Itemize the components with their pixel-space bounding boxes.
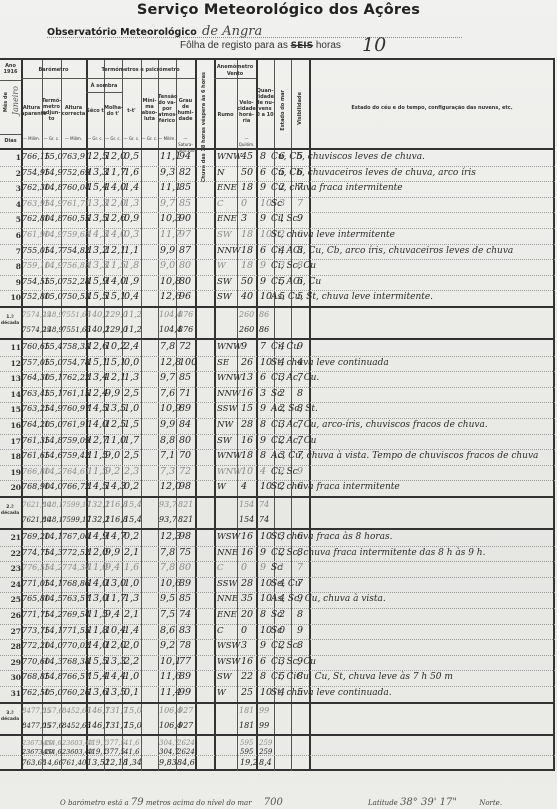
sheet-hour-line: Fôlha de registo para as SEIS horas (180, 40, 341, 51)
day-number: 13 (7, 374, 21, 383)
decade-termometro-adjunto: 148,1 (43, 514, 63, 526)
wind-direction: WNW (217, 466, 242, 478)
altura-correcta: 750,53 (62, 291, 90, 303)
tensao-vapor: 10,1 (160, 656, 181, 668)
wind-direction: SE (217, 357, 229, 369)
observatory-line: Observatório Meteorológico de Angra (47, 24, 462, 38)
sky-weather-remark: Ci, Sc, chuva fraca intermitente das 8 h… (271, 547, 485, 559)
cloud-amount: 9 (260, 276, 266, 288)
wind-label: Vento (214, 71, 256, 77)
tensao-vapor: 7,8 (160, 341, 175, 353)
decade-diff: 15,0 (124, 705, 142, 717)
grau-humidade: 77 (179, 656, 191, 668)
decade-nuvens: 99 (259, 720, 269, 732)
visibility: 9 (297, 625, 303, 637)
wind-speed: 4 (241, 481, 247, 493)
wind-speed: 25 (241, 687, 253, 699)
day-number: 19 (7, 468, 21, 477)
day-number: 20 (7, 483, 21, 492)
termometro-adjunto: 14,9 (44, 260, 63, 272)
altura-correcta: 760,97 (62, 403, 90, 415)
col-velocidade: Velo-cidade horá-ria (237, 100, 256, 124)
temp-diff: 0,3 (124, 229, 139, 241)
tensao-vapor: 7,1 (160, 450, 175, 462)
termometro-adjunto: 15,0 (44, 276, 63, 288)
cloud-amount: 8 (260, 151, 266, 163)
sky-weather-remark: Ci, Sc, Cu (271, 260, 316, 272)
shade-label: À sombra (86, 83, 122, 89)
wind-direction: WNW (217, 151, 242, 163)
decade-grau: 876 (178, 309, 193, 321)
wind-speed: 16 (241, 435, 253, 447)
wind-speed: 35 (241, 593, 253, 605)
termometro-adjunto: 15,0 (44, 419, 63, 431)
cloud-amount: 6 (260, 245, 266, 257)
col-termometro-adjunto: Termó-metro adjun-to (42, 98, 61, 122)
tensao-vapor: 9,7 (160, 372, 175, 384)
temp-molhado: 12,5 (105, 419, 126, 431)
wind-direction: W (217, 260, 226, 272)
temp-molhado: 9,9 (105, 388, 120, 400)
wind-speed: 13 (241, 372, 253, 384)
wind-speed: 18 (241, 450, 253, 462)
temp-diff: 1,1 (124, 245, 139, 257)
grau-humidade: 98 (179, 481, 191, 493)
cloud-amount: 9 (260, 260, 266, 272)
temp-molhado: 13,5 (105, 687, 126, 699)
sky-weather-remark: Cu, Cb, chuviscos leves de chuva. (271, 151, 425, 163)
sky-weather-remark: Ci, ACi, Cu (271, 276, 321, 288)
sky-weather-remark: Sc (271, 562, 282, 574)
anemometer-label: Anemómetro (214, 64, 256, 70)
grau-humidade: 80 (179, 435, 191, 447)
tensao-vapor: 11,1 (160, 151, 181, 163)
altura-correcta: 768,86 (62, 578, 90, 590)
sky-weather-remark: Sc (271, 625, 282, 637)
day-number: 27 (7, 627, 21, 636)
header-divider (214, 78, 256, 79)
altura-correcta: 771,55 (62, 625, 90, 637)
decade-diff: 11,2 (124, 309, 142, 321)
decade-velocidade: 181 (239, 720, 254, 732)
day-number: 24 (7, 580, 21, 589)
wind-speed: 15 (241, 403, 253, 415)
column-divider (195, 60, 197, 771)
column-divider (141, 60, 142, 771)
col-grau: Grau de humi-dade (176, 98, 195, 122)
header-divider (0, 80, 21, 81)
wind-speed: 28 (241, 419, 253, 431)
termometro-adjunto: 14,9 (44, 403, 63, 415)
sky-weather-remark: St, chuva leve continuada (271, 357, 389, 369)
decade-nuvens: 74 (259, 514, 269, 526)
termometro-adjunto: 14,9 (44, 229, 63, 241)
altura-correcta: 766,72 (62, 481, 90, 493)
temp-molhado: 9,9 (105, 547, 120, 559)
temp-molhado: 9,4 (105, 562, 120, 574)
day-number: 9 (7, 278, 21, 287)
temp-molhado: 11,5 (105, 260, 126, 272)
temp-diff: 0,5 (124, 151, 139, 163)
sky-weather-remark: St, chuva fraca intermitente (271, 481, 400, 493)
grau-humidade: 98 (179, 531, 191, 543)
tensao-vapor: 12,8 (160, 357, 181, 369)
temp-diff: 2,1 (124, 609, 139, 621)
sky-weather-remark: St, chuva leve intermitente (271, 229, 395, 241)
unit-seco: — Gr. c. (86, 136, 104, 142)
wind-direction: NW (217, 419, 233, 431)
cloud-amount: 6 (260, 167, 266, 179)
cloud-amount: 9 (260, 640, 266, 652)
altura-correcta: 756,83 (62, 260, 90, 272)
wind-speed: 18 (241, 182, 253, 194)
struck-hour: SEIS (291, 41, 313, 51)
termometro-adjunto: 14,1 (44, 531, 63, 543)
decade-rule (0, 338, 555, 340)
unit-t_diff: — Gr. c. (122, 136, 141, 142)
altura-correcta: 764,61 (62, 466, 90, 478)
mean-diff: 1,34 (124, 757, 142, 769)
altura-correcta: 766,57 (62, 671, 90, 683)
decade-rule (0, 702, 555, 704)
wind-direction: W (217, 687, 226, 699)
wind-speed: 50 (241, 276, 253, 288)
altura-correcta: 763,57 (62, 593, 90, 605)
altura-correcta: 758,33 (62, 341, 90, 353)
grau-humidade: 84 (179, 419, 191, 431)
temp-molhado: 11,7 (105, 593, 126, 605)
day-number: 3 (7, 184, 21, 193)
visibility: 9 (297, 466, 303, 478)
cloud-amount: 8 (260, 609, 266, 621)
day-number: 2 (7, 169, 21, 178)
temp-diff: 2,3 (124, 466, 139, 478)
day-number: 22 (7, 549, 21, 558)
sky-weather-remark: Ci, Sc. (271, 640, 301, 652)
altura-correcta: 763,91 (62, 151, 90, 163)
decade-velocidade: 154 (239, 499, 254, 511)
termometro-adjunto: 14,7 (44, 245, 63, 257)
decade-nuvens: 99 (259, 705, 269, 717)
decade-diff: 11,2 (124, 324, 142, 336)
temp-diff: 0,0 (124, 357, 139, 369)
grau-humidade: 89 (179, 403, 191, 415)
grau-humidade: 90 (179, 213, 191, 225)
visibility: 8 (297, 388, 303, 400)
sky-weather-remark: Ci, Ac, Cu, arco-íris, chuviscos fracos … (271, 419, 488, 431)
col-nuvens: Quan-tidade de nu-vens 0 a 10 (256, 88, 274, 118)
decade-velocidade: 181 (239, 705, 254, 717)
grau-humidade: 80 (179, 562, 191, 574)
cloud-amount: 9 (260, 562, 266, 574)
sky-weather-remark: Cu, Cb, chuvaceiros leves de chuva, arco… (271, 167, 476, 179)
temp-diff: 1,4 (124, 182, 139, 194)
temp-molhado: 12,0 (105, 640, 126, 652)
altura-correcta: 754,82 (62, 245, 90, 257)
termometro-adjunto: 15,4 (44, 341, 63, 353)
day-number: 29 (7, 658, 21, 667)
decade-tensao: 93,7 (159, 499, 177, 511)
temp-molhado: 10,4 (105, 625, 126, 637)
col-minima: Míni-ma abso-luta (141, 98, 158, 122)
mean-tensao: 9,83 (159, 757, 177, 769)
column-divider (158, 60, 159, 771)
termometro-adjunto: 14,8 (44, 435, 63, 447)
tensao-vapor: 11,7 (160, 229, 181, 241)
col-estado-ceu: Estado do céu e do tempo, configuração d… (309, 105, 555, 111)
cloud-amount: 4 (260, 466, 266, 478)
day-number: 21 (7, 533, 21, 542)
col-tensao: Tensão do va-por atmos-férico (158, 94, 176, 124)
day-number: 25 (7, 595, 21, 604)
temp-molhado: 14,0 (105, 182, 126, 194)
grau-humidade: 85 (179, 593, 191, 605)
decade-diff: 15,4 (124, 514, 142, 526)
wind-speed: 9 (241, 341, 247, 353)
cloud-amount: 8 (260, 671, 266, 683)
tensao-vapor: 9,5 (160, 593, 175, 605)
sky-weather-remark: Ci, Ac, Cu (271, 435, 316, 447)
termometro-adjunto: 14,9 (44, 198, 63, 210)
month-label: Mês de (3, 92, 9, 112)
temp-diff: 1,9 (124, 276, 139, 288)
temp-diff: 2,2 (124, 656, 139, 668)
altura-correcta: 762,22 (62, 372, 90, 384)
unit-minima: — Gr. c. (141, 136, 158, 142)
temp-diff: 1,3 (124, 593, 139, 605)
sky-weather-remark: Ci, ACi, Cu, Cb, arco íris, chuvaceiros … (271, 245, 513, 257)
altura-correcta: 772,52 (62, 547, 90, 559)
wind-speed: 0 (241, 198, 247, 210)
sky-weather-remark: As, Sc, Cu, chuva à vista. (271, 593, 386, 605)
temp-diff: 2,5 (124, 388, 139, 400)
decade-nuvens: 86 (259, 324, 269, 336)
grau-humidade: 80 (179, 260, 191, 272)
year-label: Ano 1916 (0, 63, 21, 75)
tensao-vapor: 9,9 (160, 419, 175, 431)
day-number: 5 (7, 215, 21, 224)
wind-speed: 16 (241, 656, 253, 668)
unit-altura_aparente: — Milím. (21, 136, 42, 142)
col-seco: Sêco t (86, 108, 104, 114)
cloud-amount: 3 (260, 388, 266, 400)
cloud-amount: 6 (260, 656, 266, 668)
decade-velocidade: 260 (239, 309, 254, 321)
barometer-group-label: Barómetro (21, 67, 86, 73)
termometro-adjunto: 14,2 (44, 562, 63, 574)
termometro-adjunto: 15,1 (44, 372, 63, 384)
day-number: 1 (7, 153, 21, 162)
wind-speed: 3 (241, 213, 247, 225)
grau-humidade: 78 (179, 640, 191, 652)
grau-humidade: 89 (179, 671, 191, 683)
days-label: Dias (0, 138, 21, 144)
altura-correcta: 760,04 (62, 182, 90, 194)
sky-weather-remark: Ac, Cu, chuva à vista. Tempo de chuvisco… (271, 450, 538, 462)
sky-weather-remark: Cu, chuva fraca intermitente (271, 182, 403, 194)
day-number: 14 (7, 390, 21, 399)
altura-correcta: 767,00 (62, 531, 90, 543)
thermometer-group-label: Termómetros e psicrómetro (86, 67, 195, 73)
temp-molhado: 15,1 (105, 291, 126, 303)
day-number: 6 (7, 231, 21, 240)
sky-weather-remark: Sc, Cu (271, 578, 301, 590)
mean-grau: 84,6 (177, 757, 195, 769)
sky-weather-remark: Ci, Ac, Cu. (271, 372, 319, 384)
termometro-adjunto: 14,1 (44, 625, 63, 637)
altura-correcta: 752,28 (62, 276, 90, 288)
termometro-adjunto: 14,5 (44, 593, 63, 605)
unit-velocidade: — Quilóm. (237, 136, 256, 148)
tensao-vapor: 9,9 (160, 245, 175, 257)
wind-direction: SW (217, 671, 232, 683)
decade-grau: 927 (178, 720, 193, 732)
wind-speed: 20 (241, 609, 253, 621)
day-number: 23 (7, 564, 21, 573)
temp-molhado: 9,2 (105, 466, 120, 478)
wind-direction: SW (217, 229, 232, 241)
col-t-diff: t-t' (122, 108, 141, 114)
wind-speed: 10 (241, 466, 253, 478)
register-sheet: Serviço Meteorológico dos Açôres Observa… (0, 0, 557, 809)
wind-direction: C (217, 562, 224, 574)
temp-diff: 0,9 (124, 213, 139, 225)
tensao-vapor: 12,3 (160, 531, 181, 543)
wind-direction: WSW (217, 656, 240, 668)
tensao-vapor: 7,3 (160, 466, 175, 478)
day-number: 11 (7, 343, 21, 352)
tensao-vapor: 7,8 (160, 547, 175, 559)
sky-weather-remark: Sc (271, 388, 282, 400)
temp-diff: 0,4 (124, 291, 139, 303)
wind-speed: 50 (241, 167, 253, 179)
visibility: 7 (297, 198, 303, 210)
header-divider (0, 134, 21, 135)
wind-direction: ENE (217, 609, 237, 621)
temp-diff: 0,1 (124, 687, 139, 699)
sky-weather-remark: Ci, Sc (271, 466, 298, 478)
temp-molhado: 12,1 (105, 245, 126, 257)
wind-direction: SW (217, 291, 232, 303)
wind-speed: 3 (241, 640, 247, 652)
termometro-adjunto: 14,1 (44, 578, 63, 590)
wind-direction: C (217, 198, 224, 210)
wind-direction: NNW (217, 245, 241, 257)
altura-correcta: 774,34 (62, 562, 90, 574)
cloud-amount: 9 (260, 182, 266, 194)
sky-weather-remark: Ci, Sc, Cu (271, 656, 316, 668)
grau-humidade: 82 (179, 167, 191, 179)
wind-direction: WSW (217, 640, 240, 652)
unit-altura_correcta: — Milím. (61, 136, 86, 142)
temp-diff: 1,6 (124, 562, 139, 574)
mean-termometro-adjunto: 14,66 (43, 757, 63, 769)
sky-weather-remark: St, chuva leve continuada. (271, 687, 392, 699)
termometro-adjunto: 14,0 (44, 640, 63, 652)
grau-humidade: 74 (179, 609, 191, 621)
wind-speed: 16 (241, 547, 253, 559)
visibility: 8 (297, 609, 303, 621)
tensao-vapor: 9,2 (160, 640, 175, 652)
temp-molhado: 13,5 (105, 403, 126, 415)
tensao-vapor: 10,6 (160, 578, 181, 590)
mean-nuvens: 8,4 (259, 757, 272, 769)
temp-molhado: 10,2 (105, 341, 126, 353)
visibility: 7 (297, 562, 303, 574)
sky-weather-remark: Ci, Cu (271, 341, 299, 353)
temp-molhado: 11,7 (105, 167, 126, 179)
termometro-adjunto: 14,8 (44, 213, 63, 225)
termometro-adjunto: 14,3 (44, 656, 63, 668)
sky-weather-remark: St, chuva fraca às 8 horas. (271, 531, 393, 543)
sky-weather-remark: Ci, Sc. (271, 213, 301, 225)
wind-direction: WNW (217, 372, 242, 384)
temp-diff: 2,5 (124, 450, 139, 462)
sheet-label: Fôlha de registo para as (180, 40, 288, 51)
grau-humidade: 100 (179, 357, 197, 369)
decade-tensao: 93,7 (159, 514, 177, 526)
sky-weather-remark: Sc (271, 609, 282, 621)
tensao-vapor: 12,0 (160, 481, 181, 493)
wind-direction: NNE (217, 593, 238, 605)
cloud-amount: 6 (260, 372, 266, 384)
termometro-adjunto: 15,0 (44, 291, 63, 303)
temp-diff: 1,0 (124, 578, 139, 590)
temp-diff: 1,4 (124, 625, 139, 637)
wind-direction: WSW (217, 531, 240, 543)
day-number: 8 (7, 262, 21, 271)
unit-molhado: — Gr. c. (104, 136, 122, 142)
observatory-label: Observatório Meteorológico (47, 27, 197, 38)
temp-diff: 1,0 (124, 671, 139, 683)
day-number: 7 (7, 247, 21, 256)
day-number: 4 (7, 200, 21, 209)
wind-direction: C (217, 625, 224, 637)
wind-direction: SSW (217, 403, 237, 415)
altura-correcta: 761,15 (62, 388, 90, 400)
decade-grau: 876 (178, 324, 193, 336)
temp-molhado: 11,0 (105, 435, 126, 447)
unit-termometro_adjunto: — Gr. c. (42, 136, 61, 142)
temp-molhado: 9,4 (105, 609, 120, 621)
wind-speed: 40 (241, 291, 253, 303)
decade-termometro-adjunto: 157,6 (43, 720, 63, 732)
mean-velocidade: 19,2 (240, 757, 258, 769)
service-title: Serviço Meteorológico dos Açôres (0, 2, 557, 18)
termometro-adjunto: 15,0 (44, 151, 63, 163)
wind-speed: 45 (241, 151, 253, 163)
tensao-vapor: 9,7 (160, 198, 175, 210)
wind-speed: 28 (241, 578, 253, 590)
col-estado-mar: Estado do mar (280, 90, 286, 131)
decade-rule (0, 306, 555, 308)
tensao-vapor: 7,8 (160, 562, 175, 574)
col-rumo: Rumo (214, 112, 237, 118)
wind-speed: 18 (241, 229, 253, 241)
grau-humidade: 99 (179, 687, 191, 699)
decade-grau: 821 (178, 499, 193, 511)
sky-weather-remark: Sc (271, 198, 282, 210)
wind-direction: ENE (217, 182, 237, 194)
decade-grau: 821 (178, 514, 193, 526)
decade-label: 3.ª década (0, 711, 20, 723)
wind-speed: 18 (241, 260, 253, 272)
decade-diff: 15,4 (124, 499, 142, 511)
wind-direction: WNW (217, 450, 242, 462)
day-number: 26 (7, 611, 21, 620)
temp-molhado: 14,4 (105, 671, 126, 683)
footer-barometer-note: O barómetro está a 79 metros acima do ní… (60, 797, 283, 808)
